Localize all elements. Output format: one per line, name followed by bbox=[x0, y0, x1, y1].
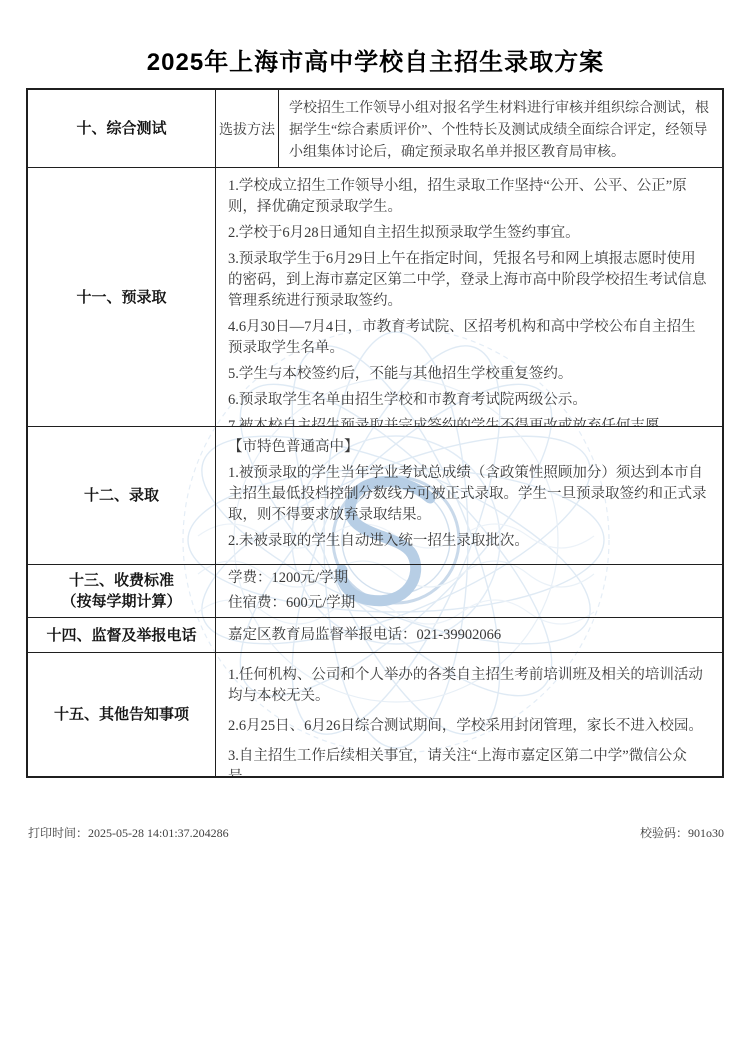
document-page: 2025年上海市高中学校自主招生录取方案 十、综合测试 选拔方法 学校招生工作领… bbox=[0, 0, 751, 1063]
cell-paragraph: 4.6月30日—7月4日，市教育考试院、区招考机构和高中学校公布自主招生预录取学… bbox=[228, 317, 710, 359]
row-subheader-selection-method: 选拔方法 bbox=[216, 90, 279, 167]
admission-plan-table: 十、综合测试 选拔方法 学校招生工作领导小组对报名学生材料进行审核并组织综合测试… bbox=[26, 88, 724, 778]
cell-paragraph: 学校招生工作领导小组对报名学生材料进行审核并组织综合测试，根据学生“综合素质评价… bbox=[289, 98, 712, 164]
cell-paragraph: 3.预录取学生于6月29日上午在指定时间，凭报名号和网上填报志愿时使用的密码，到… bbox=[228, 249, 710, 312]
checksum-label: 校验码： bbox=[640, 826, 688, 840]
row-header-line2: （按每学期计算） bbox=[61, 591, 181, 612]
checksum: 校验码：901o30 bbox=[640, 824, 724, 841]
table-row-other-notices: 十五、其他告知事项 1.任何机构、公司和个人举办的各类自主招生考前培训班及相关的… bbox=[28, 653, 722, 776]
row-header: 十三、收费标准 （按每学期计算） bbox=[28, 565, 216, 617]
row-header: 十一、预录取 bbox=[28, 168, 216, 426]
row-content: 学校招生工作领导小组对报名学生材料进行审核并组织综合测试，根据学生“综合素质评价… bbox=[279, 90, 722, 167]
table-row-comprehensive-test: 十、综合测试 选拔方法 学校招生工作领导小组对报名学生材料进行审核并组织综合测试… bbox=[28, 90, 722, 168]
cell-paragraph: 5.学生与本校签约后，不能与其他招生学校重复签约。 bbox=[228, 364, 710, 385]
row-header-line1: 十三、收费标准 bbox=[69, 570, 174, 591]
checksum-value: 901o30 bbox=[688, 826, 724, 840]
cell-paragraph: 【市特色普通高中】 bbox=[228, 437, 710, 458]
cell-paragraph: 6.预录取学生名单由招生学校和市教育考试院两级公示。 bbox=[228, 390, 710, 411]
row-content: 1.任何机构、公司和个人举办的各类自主招生考前培训班及相关的培训活动均与本校无关… bbox=[216, 653, 722, 776]
page-footer: 打印时间：2025-05-28 14:01:37.204286 校验码：901o… bbox=[28, 824, 724, 841]
row-content: 学费：1200元/学期 住宿费：600元/学期 bbox=[216, 565, 722, 617]
table-row-admission: 十二、录取 【市特色普通高中】 1.被预录取的学生当年学业考试总成绩（含政策性照… bbox=[28, 427, 722, 565]
row-content: 嘉定区教育局监督举报电话：021-39902066 bbox=[216, 618, 722, 652]
row-header: 十、综合测试 bbox=[28, 90, 216, 167]
cell-paragraph: 1.被预录取的学生当年学业考试总成绩（含政策性照顾加分）须达到本市自主招生最低投… bbox=[228, 463, 710, 526]
row-header: 十四、监督及举报电话 bbox=[28, 618, 216, 652]
row-content: 1.学校成立招生工作领导小组，招生录取工作坚持“公开、公平、公正”原则，择优确定… bbox=[216, 168, 722, 426]
table-row-fees: 十三、收费标准 （按每学期计算） 学费：1200元/学期 住宿费：600元/学期 bbox=[28, 565, 722, 618]
cell-paragraph: 2.未被录取的学生自动进入统一招生录取批次。 bbox=[228, 531, 710, 552]
row-content: 【市特色普通高中】 1.被预录取的学生当年学业考试总成绩（含政策性照顾加分）须达… bbox=[216, 427, 722, 564]
cell-paragraph: 嘉定区教育局监督举报电话：021-39902066 bbox=[228, 625, 501, 646]
cell-paragraph: 2.6月25日、6月26日综合测试期间，学校采用封闭管理，家长不进入校园。 bbox=[228, 716, 710, 737]
print-time-label: 打印时间： bbox=[28, 826, 88, 840]
cell-paragraph: 2.学校于6月28日通知自主招生拟预录取学生签约事宜。 bbox=[228, 223, 710, 244]
cell-paragraph: 7.被本校自主招生预录取并完成签约的学生不得更改或放弃任何志愿。 bbox=[228, 416, 710, 426]
cell-paragraph: 1.任何机构、公司和个人举办的各类自主招生考前培训班及相关的培训活动均与本校无关… bbox=[228, 665, 710, 707]
cell-paragraph: 1.学校成立招生工作领导小组，招生录取工作坚持“公开、公平、公正”原则，择优确定… bbox=[228, 176, 710, 218]
cell-paragraph: 学费：1200元/学期 bbox=[228, 568, 710, 589]
table-row-supervision-phone: 十四、监督及举报电话 嘉定区教育局监督举报电话：021-39902066 bbox=[28, 618, 722, 653]
cell-paragraph: 住宿费：600元/学期 bbox=[228, 593, 710, 614]
row-header: 十五、其他告知事项 bbox=[28, 653, 216, 776]
document-title: 2025年上海市高中学校自主招生录取方案 bbox=[0, 42, 751, 77]
print-time-value: 2025-05-28 14:01:37.204286 bbox=[88, 826, 229, 840]
row-header: 十二、录取 bbox=[28, 427, 216, 564]
table-row-pre-admission: 十一、预录取 1.学校成立招生工作领导小组，招生录取工作坚持“公开、公平、公正”… bbox=[28, 168, 722, 427]
print-time: 打印时间：2025-05-28 14:01:37.204286 bbox=[28, 824, 229, 841]
cell-paragraph: 3.自主招生工作后续相关事宜，请关注“上海市嘉定区第二中学”微信公众号。 bbox=[228, 746, 710, 776]
